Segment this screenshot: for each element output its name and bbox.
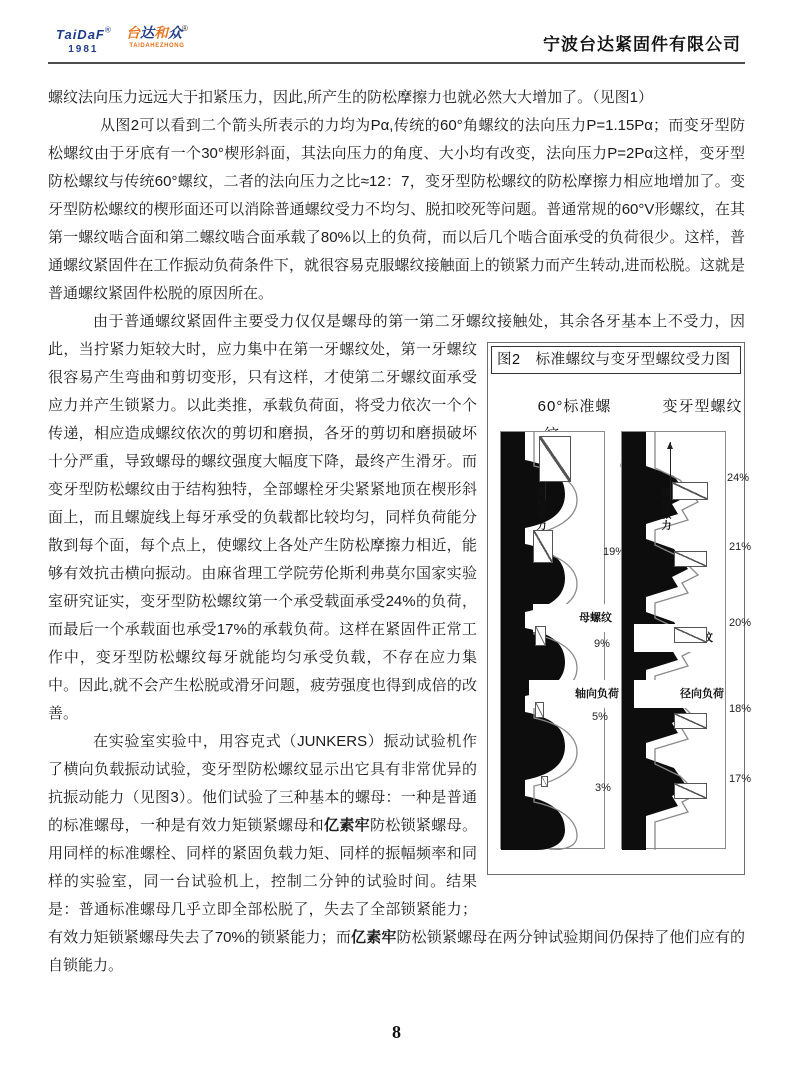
paragraph-text: 当拧紧力矩较大时，应力集中在第一牙螺纹处，第一牙螺纹很容易产生弯曲和剪切变形，只… bbox=[48, 341, 477, 722]
taidaf-logo-text: TaiDaF bbox=[56, 27, 105, 42]
page-number: 8 bbox=[0, 1022, 793, 1043]
logo2-char: 和 bbox=[154, 24, 168, 40]
taidahezhong-logo: 台达和众® TAIDAHEZHONG bbox=[126, 24, 188, 50]
brand-name: 亿素牢 bbox=[324, 817, 370, 834]
load-diagram-rect bbox=[533, 530, 553, 563]
paragraph: 螺纹法向压力远远大于扣紧压力，因此,所产生的防松摩擦力也就必然大大增加了。（见图… bbox=[48, 84, 745, 112]
variant-thread-panel: 螺栓张力 24% 21% 母螺纹 20% 径向负荷 18% 17% bbox=[621, 431, 726, 849]
body-text: 螺纹法向压力远远大于扣紧压力，因此,所产生的防松摩擦力也就必然大大增加了。（见图… bbox=[48, 84, 745, 980]
brand-name: 亿素牢 bbox=[351, 929, 396, 946]
paragraph: 由于普通螺纹紧固件主要受力仅仅是螺母的第一第二牙螺纹接触处，其余各牙基本上不受力… bbox=[48, 308, 745, 728]
load-percent: 19% bbox=[558, 538, 625, 566]
figure-2-frame: 图2 标准螺纹与变牙型螺纹受力图 60°标准螺纹 变牙型螺纹 螺栓张力 bbox=[487, 342, 745, 875]
document-page: TaiDaF® 1981 台达和众® TAIDAHEZHONG 宁波台达紧固件有… bbox=[0, 0, 793, 1077]
taidaf-logo-year: 1981 bbox=[56, 44, 111, 55]
registered-mark-icon: ® bbox=[182, 24, 188, 33]
paragraph-text: 螺纹法向压力远远大于扣紧压力，因此,所产生的防松摩擦力也就必然大大增加了。（见图… bbox=[48, 89, 653, 106]
load-diagram-rect bbox=[674, 551, 707, 567]
figure-2-caption: 图2 标准螺纹与变牙型螺纹受力图 bbox=[491, 346, 741, 374]
standard-thread-panel: 螺栓张力 64% 19% 母螺纹 9% 轴向负荷 5% 3% bbox=[500, 431, 605, 849]
load-diagram-rect bbox=[539, 436, 571, 482]
load-diagram-rect bbox=[535, 626, 546, 646]
company-name: 宁波台达紧固件有限公司 bbox=[543, 30, 741, 55]
logo2-char: 众 bbox=[168, 24, 182, 40]
logo2-char: 台 bbox=[126, 24, 140, 40]
paragraph: 从图2可以看到二个箭头所表示的力均为Pα,传统的60°角螺纹的法向压力P=1.1… bbox=[48, 112, 745, 308]
load-diagram-rect bbox=[535, 702, 544, 718]
load-diagram-rect bbox=[674, 713, 707, 729]
load-diagram-rect bbox=[672, 482, 708, 500]
load-diagram-rect bbox=[541, 776, 548, 787]
taidaf-logo: TaiDaF® 1981 bbox=[56, 26, 111, 55]
paragraph-text: 防松锁紧螺母。用同样的标准螺栓、同样的紧固负载力矩、同样的振幅频率和同样的实验室… bbox=[48, 817, 477, 946]
up-arrow-icon bbox=[670, 442, 671, 500]
load-percent: 5% bbox=[547, 703, 608, 731]
logo2-char: 达 bbox=[140, 24, 154, 40]
page-header: TaiDaF® 1981 台达和众® TAIDAHEZHONG 宁波台达紧固件有… bbox=[48, 18, 745, 64]
figure-2: 图2 标准螺纹与变牙型螺纹受力图 60°标准螺纹 变牙型螺纹 螺栓张力 bbox=[487, 342, 745, 875]
load-percent: 3% bbox=[550, 774, 611, 802]
load-diagram-rect bbox=[674, 783, 707, 799]
load-percent: 9% bbox=[549, 630, 610, 658]
registered-mark-icon: ® bbox=[105, 26, 111, 35]
taidahezhong-logo-subtext: TAIDAHEZHONG bbox=[126, 43, 188, 50]
load-diagram-rect bbox=[674, 627, 707, 643]
paragraph-text: 从图2可以看到二个箭头所表示的力均为Pα,传统的60°角螺纹的法向压力P=1.1… bbox=[48, 117, 745, 302]
